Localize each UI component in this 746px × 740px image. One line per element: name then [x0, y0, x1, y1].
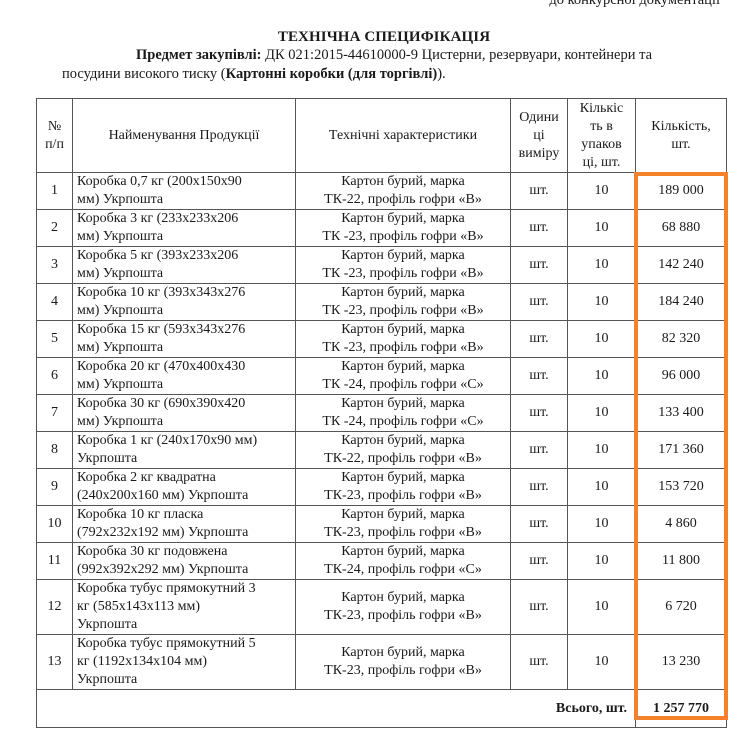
row-number: 3 — [37, 247, 73, 284]
quantity: 13 230 — [636, 635, 727, 690]
table-row: 11Коробка 30 кг подовжена(992х392х292 мм… — [37, 543, 727, 580]
quantity: 142 240 — [636, 247, 727, 284]
unit: шт. — [511, 543, 568, 580]
table-row: 2Коробка 3 кг (233х233х206мм) УкрпоштаКа… — [37, 210, 727, 247]
document-title: ТЕХНІЧНА СПЕЦИФІКАЦІЯ — [0, 29, 746, 46]
technical-spec: Картон бурий, маркаТК-23, профіль гофри … — [296, 469, 511, 506]
table-row: 4Коробка 10 кг (393х343х276мм) УкрпоштаК… — [37, 284, 727, 321]
table-row: 10Коробка 10 кг пласка(792х232х192 мм) У… — [37, 506, 727, 543]
unit: шт. — [511, 247, 568, 284]
quantity: 82 320 — [636, 321, 727, 358]
row-number: 7 — [37, 395, 73, 432]
specification-table: №п/п Найменування Продукції Технічні хар… — [36, 98, 727, 728]
pack-quantity: 10 — [568, 247, 636, 284]
pack-quantity: 10 — [568, 210, 636, 247]
technical-spec: Картон бурий, маркаТК-23, профіль гофри … — [296, 635, 511, 690]
pack-quantity: 10 — [568, 173, 636, 210]
row-number: 2 — [37, 210, 73, 247]
product-name: Коробка 15 кг (593х343х276мм) Укрпошта — [73, 321, 296, 358]
subject-suffix: ). — [437, 66, 445, 82]
table-header-row: №п/п Найменування Продукції Технічні хар… — [37, 99, 727, 173]
product-name: Коробка 3 кг (233х233х206мм) Укрпошта — [73, 210, 296, 247]
pack-quantity: 10 — [568, 395, 636, 432]
product-name: Коробка 2 кг квадратна(240х200х160 мм) У… — [73, 469, 296, 506]
table-row: 9Коробка 2 кг квадратна(240х200х160 мм) … — [37, 469, 727, 506]
pack-quantity: 10 — [568, 284, 636, 321]
unit: шт. — [511, 358, 568, 395]
table-row: 13Коробка тубус прямокутний 5кг (1192х13… — [37, 635, 727, 690]
row-number: 11 — [37, 543, 73, 580]
technical-spec: Картон бурий, маркаТК -23, профіль гофри… — [296, 321, 511, 358]
total-row: Всього, шт. 1 257 770 — [37, 690, 727, 728]
technical-spec: Картон бурий, маркаТК-24, профіль гофри … — [296, 543, 511, 580]
product-name: Коробка 1 кг (240х170х90 мм)Укрпошта — [73, 432, 296, 469]
quantity: 68 880 — [636, 210, 727, 247]
col-header-name: Найменування Продукції — [73, 99, 296, 173]
pack-quantity: 10 — [568, 543, 636, 580]
product-name: Коробка 5 кг (393х233х206мм) Укрпошта — [73, 247, 296, 284]
row-number: 10 — [37, 506, 73, 543]
quantity: 153 720 — [636, 469, 727, 506]
table-body: 1Коробка 0,7 кг (200х150х90мм) УкрпоштаК… — [37, 173, 727, 690]
unit: шт. — [511, 395, 568, 432]
pack-quantity: 10 — [568, 469, 636, 506]
unit: шт. — [511, 432, 568, 469]
technical-spec: Картон бурий, маркаТК -24, профіль гофри… — [296, 358, 511, 395]
row-number: 4 — [37, 284, 73, 321]
unit: шт. — [511, 506, 568, 543]
product-name: Коробка тубус прямокутний 3кг (585х143х1… — [73, 580, 296, 635]
technical-spec: Картон бурий, маркаТК -23, профіль гофри… — [296, 284, 511, 321]
unit: шт. — [511, 321, 568, 358]
technical-spec: Картон бурий, маркаТК -23, профіль гофри… — [296, 210, 511, 247]
table-row: 8Коробка 1 кг (240х170х90 мм)УкрпоштаКар… — [37, 432, 727, 469]
subject-code: ДК 021:2015-44610000-9 Цистерни, резерву… — [261, 47, 652, 63]
annex-note: до конкурсної документації — [549, 0, 720, 9]
unit: шт. — [511, 210, 568, 247]
table-row: 6Коробка 20 кг (470х400х430мм) УкрпоштаК… — [37, 358, 727, 395]
unit: шт. — [511, 284, 568, 321]
table-row: 5Коробка 15 кг (593х343х276мм) УкрпоштаК… — [37, 321, 727, 358]
col-header-spec: Технічні характеристики — [296, 99, 511, 173]
subject-label: Предмет закупівлі: — [136, 47, 261, 63]
technical-spec: Картон бурий, маркаТК -23, профіль гофри… — [296, 247, 511, 284]
col-header-pack: Кількість вупаковці, шт. — [568, 99, 636, 173]
quantity: 11 800 — [636, 543, 727, 580]
subject-line-2: посудини високого тиску (Картонні коробк… — [62, 65, 722, 84]
quantity: 171 360 — [636, 432, 727, 469]
row-number: 9 — [37, 469, 73, 506]
technical-spec: Картон бурий, маркаТК-23, профіль гофри … — [296, 506, 511, 543]
pack-quantity: 10 — [568, 321, 636, 358]
col-header-number: №п/п — [37, 99, 73, 173]
col-header-qty: Кількість,шт. — [636, 99, 727, 173]
unit: шт. — [511, 580, 568, 635]
row-number: 13 — [37, 635, 73, 690]
product-name: Коробка 30 кг (690х390х420мм) Укрпошта — [73, 395, 296, 432]
table-row: 3Коробка 5 кг (393х233х206мм) УкрпоштаКа… — [37, 247, 727, 284]
table-row: 12Коробка тубус прямокутний 3кг (585х143… — [37, 580, 727, 635]
row-number: 12 — [37, 580, 73, 635]
total-label: Всього, шт. — [37, 690, 636, 728]
product-name: Коробка 20 кг (470х400х430мм) Укрпошта — [73, 358, 296, 395]
product-name: Коробка 0,7 кг (200х150х90мм) Укрпошта — [73, 173, 296, 210]
technical-spec: Картон бурий, маркаТК-22, профіль гофри … — [296, 173, 511, 210]
technical-spec: Картон бурий, маркаТК -24, профіль гофри… — [296, 395, 511, 432]
unit: шт. — [511, 173, 568, 210]
quantity: 6 720 — [636, 580, 727, 635]
quantity: 96 000 — [636, 358, 727, 395]
subject-line-1: Предмет закупівлі: ДК 021:2015-44610000-… — [62, 46, 722, 65]
procurement-subject: Предмет закупівлі: ДК 021:2015-44610000-… — [62, 46, 722, 84]
product-name: Коробка 30 кг подовжена(992х392х292 мм) … — [73, 543, 296, 580]
product-name: Коробка тубус прямокутний 5кг (1192х134х… — [73, 635, 296, 690]
quantity: 4 860 — [636, 506, 727, 543]
total-value: 1 257 770 — [636, 690, 727, 728]
quantity: 133 400 — [636, 395, 727, 432]
row-number: 1 — [37, 173, 73, 210]
row-number: 5 — [37, 321, 73, 358]
pack-quantity: 10 — [568, 635, 636, 690]
row-number: 8 — [37, 432, 73, 469]
pack-quantity: 10 — [568, 432, 636, 469]
table-row: 7Коробка 30 кг (690х390х420мм) УкрпоштаК… — [37, 395, 727, 432]
quantity: 184 240 — [636, 284, 727, 321]
product-name: Коробка 10 кг (393х343х276мм) Укрпошта — [73, 284, 296, 321]
pack-quantity: 10 — [568, 580, 636, 635]
row-number: 6 — [37, 358, 73, 395]
technical-spec: Картон бурий, маркаТК-23, профіль гофри … — [296, 580, 511, 635]
technical-spec: Картон бурий, маркаТК-22, профіль гофри … — [296, 432, 511, 469]
col-header-unit: Одиницівиміру — [511, 99, 568, 173]
unit: шт. — [511, 469, 568, 506]
pack-quantity: 10 — [568, 358, 636, 395]
product-name: Коробка 10 кг пласка(792х232х192 мм) Укр… — [73, 506, 296, 543]
pack-quantity: 10 — [568, 506, 636, 543]
quantity: 189 000 — [636, 173, 727, 210]
subject-item: Картонні коробки (для торгівлі) — [226, 66, 438, 82]
subject-prefix: посудини високого тиску ( — [62, 66, 226, 82]
table-row: 1Коробка 0,7 кг (200х150х90мм) УкрпоштаК… — [37, 173, 727, 210]
unit: шт. — [511, 635, 568, 690]
